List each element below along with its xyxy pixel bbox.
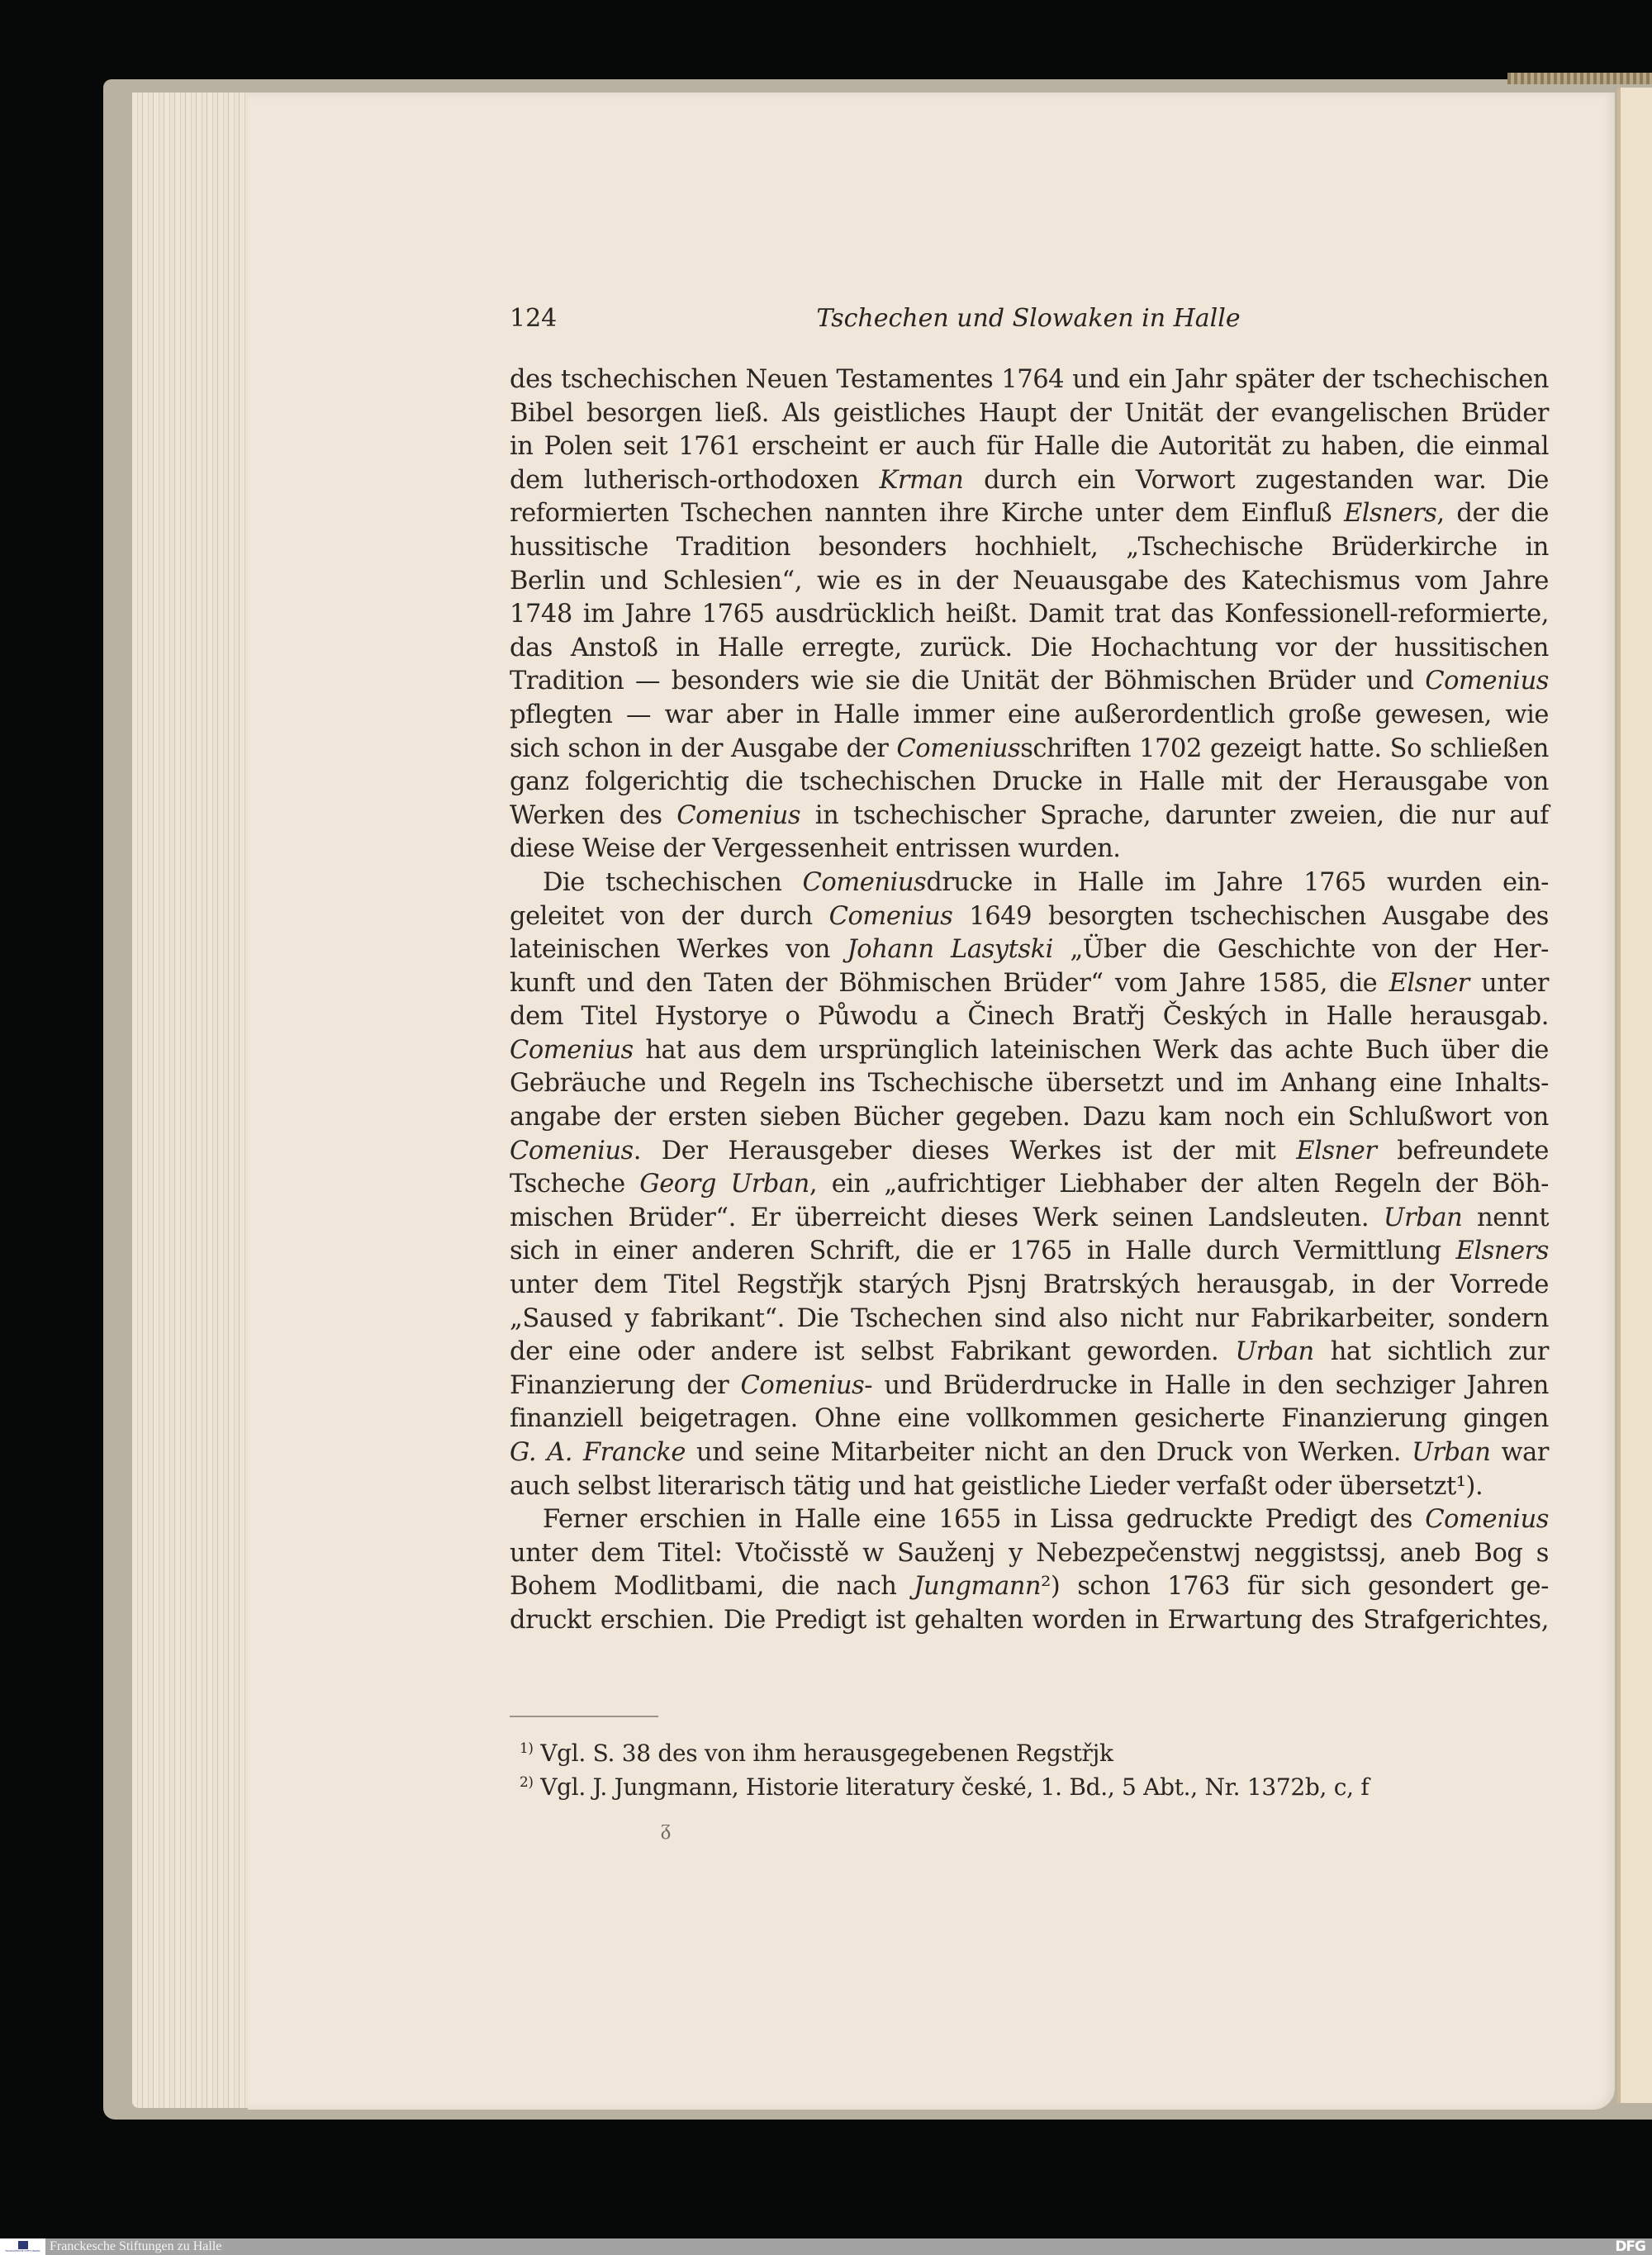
text-line: das Anstoß in Halle erregte, zurück. Die… xyxy=(510,632,1549,666)
text-line: Werken des Comenius in tschechischer Spr… xyxy=(510,800,1549,833)
running-header: 124 Tschechen und Slowaken in Halle xyxy=(510,304,1547,337)
text-line: des tschechischen Neuen Testamentes 1764… xyxy=(510,363,1549,397)
text-line: der eine oder andere ist selbst Fabrikan… xyxy=(510,1336,1549,1370)
logo-caption: FRANCKESCHE STIFTUNGEN xyxy=(5,2249,40,2253)
text-line: mischen Brüder“. Er überreicht dieses We… xyxy=(510,1202,1549,1236)
text-line: in Polen seit 1761 erscheint er auch für… xyxy=(510,430,1549,464)
dfg-logo[interactable]: DFG xyxy=(1615,2238,1645,2255)
adjacent-page-edge xyxy=(1617,88,1652,2103)
text-line: 1748 im Jahre 1765 ausdrücklich heißt. D… xyxy=(510,598,1549,632)
text-line: Comenius hat aus dem ursprünglich latein… xyxy=(510,1034,1549,1068)
text-line: Tscheche Georg Urban, ein „aufrichtiger … xyxy=(510,1168,1549,1202)
text-line: Bibel besorgen ließ. Als geistliches Hau… xyxy=(510,397,1549,431)
text-line: sich schon in der Ausgabe der Comeniussc… xyxy=(510,733,1549,767)
institution-logo[interactable]: FRANCKESCHE STIFTUNGEN xyxy=(0,2238,45,2255)
text-line: Die tschechischen Comeniusdrucke in Hall… xyxy=(510,866,1549,900)
institution-name[interactable]: Franckesche Stiftungen zu Halle xyxy=(50,2238,221,2255)
text-line: ganz folgerichtig die tschechischen Druc… xyxy=(510,766,1549,800)
text-line: hussitische Tradition besonders hochhiel… xyxy=(510,531,1549,565)
running-title: Tschechen und Slowaken in Halle xyxy=(510,304,1547,333)
footnote-mark: 2) xyxy=(520,1773,534,1790)
text-line: Berlin und Schlesien“, wie es in der Neu… xyxy=(510,565,1549,599)
footnotes: 1) Vgl. S. 38 des von ihm herausgegebene… xyxy=(510,1734,1583,1802)
body-text: des tschechischen Neuen Testamentes 1764… xyxy=(510,363,1549,1638)
footer-bar xyxy=(0,2238,1652,2255)
text-line: dem Titel Hystorye o Půwodu a Činech Bra… xyxy=(510,1000,1549,1034)
text-line: pflegten — war aber in Halle immer eine … xyxy=(510,699,1549,733)
logo-figure-icon xyxy=(18,2241,28,2249)
text-line: druckt erschien. Die Predigt ist gehalte… xyxy=(510,1604,1549,1638)
text-line: finanziell beigetragen. Ohne eine vollko… xyxy=(510,1403,1549,1436)
text-line: lateinischen Werkes von Johann Lasytski … xyxy=(510,933,1549,967)
text-line: sich in einer anderen Schrift, die er 17… xyxy=(510,1235,1549,1269)
text-line: unter dem Titel: Vtočisstě w Sauženj y N… xyxy=(510,1537,1549,1571)
text-line: geleitet von der durch Comenius 1649 bes… xyxy=(510,900,1549,934)
text-line: auch selbst literarisch tätig und hat ge… xyxy=(510,1470,1549,1504)
footnote-text: Vgl. S. 38 des von ihm herausgegebenen R… xyxy=(540,1740,1113,1767)
text-line: reformierten Tschechen nannten ihre Kirc… xyxy=(510,497,1549,531)
text-line: „Saused y fabrikant“. Die Tschechen sind… xyxy=(510,1303,1549,1336)
text-line: angabe der ersten sieben Bücher gegeben.… xyxy=(510,1101,1549,1135)
text-line: G. A. Francke und seine Mitarbeiter nich… xyxy=(510,1436,1549,1470)
text-line: unter dem Titel Regstřjk starých Pjsnj B… xyxy=(510,1269,1549,1303)
footnote-mark: 1) xyxy=(520,1740,534,1756)
headband xyxy=(1507,73,1652,84)
paper-stain: ᵹ xyxy=(661,1816,671,1840)
page-edges xyxy=(132,93,248,2108)
text-line: dem lutherisch-orthodoxen Krman durch ei… xyxy=(510,464,1549,498)
text-line: Gebräuche und Regeln ins Tschechische üb… xyxy=(510,1067,1549,1101)
text-line: Comenius. Der Herausgeber dieses Werkes … xyxy=(510,1135,1549,1169)
text-line: Tradition — besonders wie sie die Unität… xyxy=(510,665,1549,699)
footnote-1: 1) Vgl. S. 38 des von ihm herausgegebene… xyxy=(510,1734,1583,1768)
text-line: diese Weise der Vergessenheit entrissen … xyxy=(510,833,1549,866)
footnote-text: Vgl. J. Jungmann, Historie literatury če… xyxy=(540,1773,1369,1801)
footnote-rule xyxy=(510,1716,658,1717)
text-line: Finanzierung der Comenius- und Brüderdru… xyxy=(510,1370,1549,1403)
text-line: Bohem Modlitbami, die nach Jungmann²) sc… xyxy=(510,1570,1549,1604)
text-line: kunft und den Taten der Böhmischen Brüde… xyxy=(510,967,1549,1001)
text-line: Ferner erschien in Halle eine 1655 in Li… xyxy=(510,1503,1549,1537)
footnote-2: 2) Vgl. J. Jungmann, Historie literatury… xyxy=(510,1768,1583,1802)
